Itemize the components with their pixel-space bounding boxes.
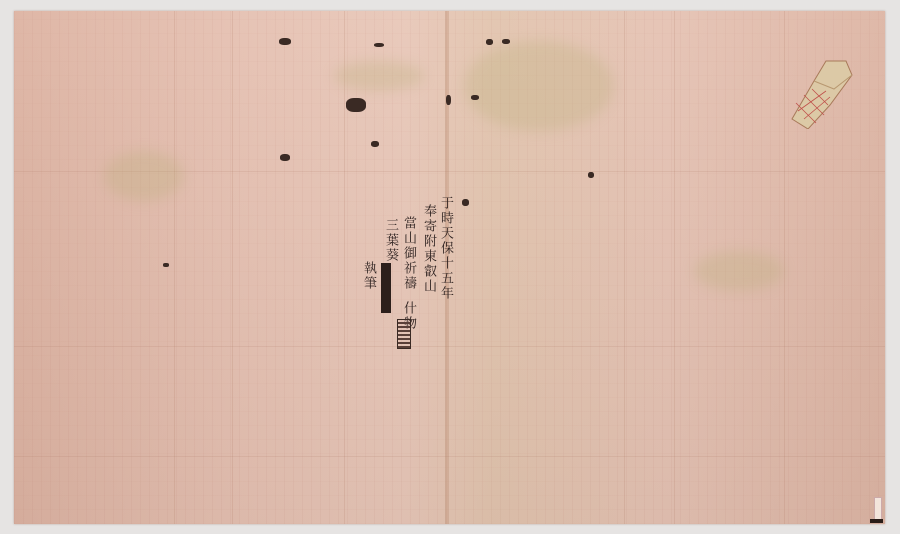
ink-spot	[471, 95, 479, 100]
stain	[464, 41, 614, 131]
ink-spot	[371, 141, 379, 147]
ink-spot	[346, 98, 366, 112]
stain	[334, 61, 424, 91]
ink-spot	[279, 38, 291, 45]
label-patch-icon	[790, 59, 856, 129]
corner-paper-tag	[874, 497, 882, 521]
seal-impression	[381, 263, 391, 313]
inscription-column: 奉寄附東叡山	[422, 204, 435, 294]
ink-spot	[374, 43, 384, 47]
seal-impression	[397, 319, 411, 349]
ink-spot	[280, 154, 290, 161]
ink-spot	[588, 172, 594, 178]
corner-tab	[870, 519, 883, 523]
panel-line	[174, 11, 175, 524]
panel-line	[784, 11, 785, 524]
stain	[104, 151, 184, 201]
silk-textile: 于時天保十五年 奉寄附東叡山 當山御祈禱 三葉葵 什物 執筆	[14, 11, 885, 524]
stain	[694, 251, 784, 291]
ink-spot	[163, 263, 169, 267]
fold-line	[14, 456, 885, 457]
inscription-column: 三葉葵	[384, 218, 397, 263]
ink-spot	[486, 39, 493, 45]
inscription-column: 執筆	[362, 261, 375, 291]
panel-line	[232, 11, 233, 524]
ink-spot	[502, 39, 510, 44]
inscription-column: 于時天保十五年	[439, 196, 452, 301]
panel-line	[674, 11, 675, 524]
ink-spot	[462, 199, 469, 206]
panel-line	[624, 11, 625, 524]
inscription-column: 當山御祈禱	[402, 216, 415, 291]
ink-spot	[446, 95, 451, 105]
